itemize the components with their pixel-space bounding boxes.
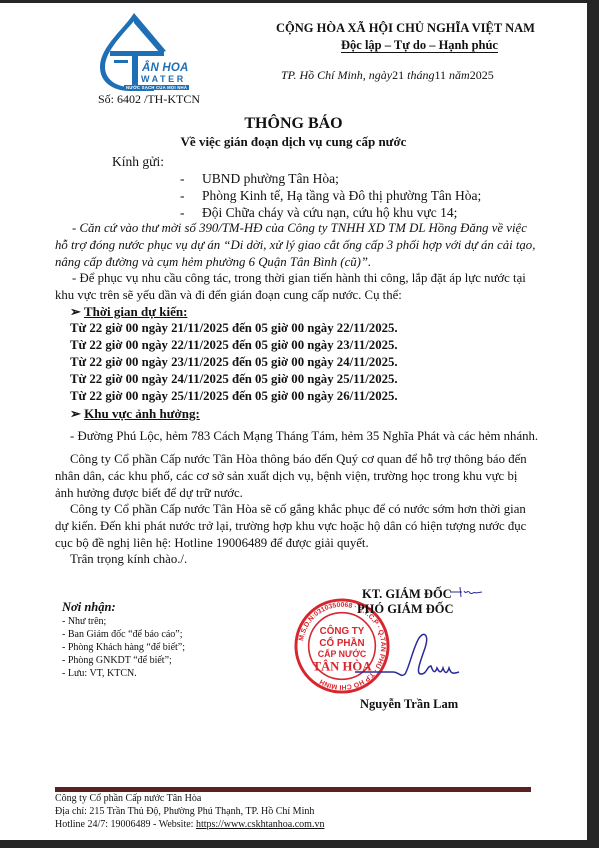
bullet: - bbox=[180, 188, 202, 204]
date-month: 11 bbox=[434, 68, 446, 82]
cc-item: - Như trên; bbox=[62, 616, 106, 627]
place-date: TP. Hồ Chí Minh, ngày21 tháng11 năm2025 bbox=[281, 68, 494, 83]
national-motto: Độc lập – Tự do – Hạnh phúc bbox=[341, 38, 498, 53]
date-day: 21 bbox=[392, 68, 404, 82]
bullet: - bbox=[180, 205, 202, 221]
footer-divider bbox=[55, 787, 531, 792]
signer-title-line1: KT. GIÁM ĐỐC bbox=[362, 587, 452, 602]
affected-heading-label: Khu vực ảnh hưởng: bbox=[84, 406, 200, 421]
year-label: năm bbox=[446, 68, 470, 82]
recipient-text: Đội Chữa cháy và cứu nạn, cứu hộ khu vực… bbox=[202, 205, 457, 220]
signer-title-line2: PHÓ GIÁM ĐỐC bbox=[357, 602, 454, 617]
affected-area: - Đường Phú Lộc, hẻm 783 Cách Mạng Tháng… bbox=[70, 429, 538, 444]
cc-item: - Lưu: VT, KTCN. bbox=[62, 668, 137, 679]
place-label: TP. Hồ Chí Minh, ngày bbox=[281, 68, 392, 82]
purpose-line: - Để phục vụ nhu cầu công tác, trong thờ… bbox=[72, 271, 526, 286]
nation-title: CỘNG HÒA XÃ HỘI CHỦ NGHĨA VIỆT NAM bbox=[276, 21, 535, 36]
commitment-line: cục bộ đề nghị liên hệ: Hotline 19006489… bbox=[55, 536, 369, 551]
schedule-item: Từ 22 giờ 00 ngày 22/11/2025 đến 05 giờ … bbox=[70, 338, 398, 353]
commitment-line: Công ty Cổ phần Cấp nước Tân Hòa sẽ cố g… bbox=[70, 502, 526, 517]
schedule-item: Từ 22 giờ 00 ngày 23/11/2025 đến 05 giờ … bbox=[70, 355, 398, 370]
logo-slogan: NƯỚC SẠCH CỦA MỌI NHÀ bbox=[124, 85, 189, 90]
schedule-heading-label: Thời gian dự kiến: bbox=[84, 304, 188, 319]
arrow-bullet-icon: ➢ bbox=[70, 304, 81, 319]
cc-item: - Phòng GNKDT “để biết”; bbox=[62, 655, 172, 666]
month-label: tháng bbox=[404, 68, 434, 82]
footer-hotline: Hotline 24/7: 19006489 - Website: bbox=[55, 819, 196, 830]
cc-item: - Ban Giám đốc “để báo cáo”; bbox=[62, 629, 183, 640]
footer-contact: Hotline 24/7: 19006489 - Website: https:… bbox=[55, 819, 324, 830]
website-link[interactable]: https://www.cskhtanhoa.com.vn bbox=[196, 819, 325, 830]
greeting: Kính gửi: bbox=[112, 154, 164, 170]
document-subtitle: Về việc gián đoạn dịch vụ cung cấp nước bbox=[0, 134, 587, 150]
recipient-item: -Phòng Kinh tế, Hạ tầng và Đô thị phường… bbox=[180, 188, 481, 204]
logo-brand-text: ÂN HOA bbox=[142, 62, 189, 74]
date-year: 2025 bbox=[470, 68, 494, 82]
affected-heading: ➢ Khu vực ảnh hưởng: bbox=[70, 406, 200, 422]
cc-title: Nơi nhận: bbox=[62, 600, 116, 615]
notice-line: Công ty Cổ phần Cấp nước Tân Hòa thông b… bbox=[70, 452, 527, 467]
schedule-heading: ➢ Thời gian dự kiến: bbox=[70, 304, 187, 320]
document-page: ÂN HOA WATER NƯỚC SẠCH CỦA MỌI NHÀ Số: 6… bbox=[0, 3, 587, 840]
arrow-bullet-icon: ➢ bbox=[70, 406, 81, 421]
handwritten-signature-icon bbox=[355, 628, 465, 683]
schedule-item: Từ 22 giờ 00 ngày 25/11/2025 đến 05 giờ … bbox=[70, 389, 398, 404]
signer-name: Nguyễn Trần Lam bbox=[360, 697, 458, 712]
footer-company: Công ty Cổ phần Cấp nước Tân Hòa bbox=[55, 793, 201, 804]
footer-address: Địa chỉ: 215 Trần Thủ Độ, Phường Phú Thạ… bbox=[55, 806, 314, 817]
schedule-item: Từ 22 giờ 00 ngày 21/11/2025 đến 05 giờ … bbox=[70, 321, 398, 336]
purpose-line: khu vực trên sẽ yếu dần và đi đến gián đ… bbox=[55, 288, 402, 303]
basis-line: nâng cấp đường và cụm hẻm phường 6 Quận … bbox=[55, 255, 371, 270]
commitment-line: dự kiến. Đến khi phát nước trở lại, trườ… bbox=[55, 519, 526, 534]
recipient-item: -UBND phường Tân Hòa; bbox=[180, 171, 339, 187]
recipient-item: -Đội Chữa cháy và cứu nạn, cứu hộ khu vự… bbox=[180, 205, 457, 221]
recipient-text: UBND phường Tân Hòa; bbox=[202, 171, 339, 186]
bullet: - bbox=[180, 171, 202, 187]
document-title: THÔNG BÁO bbox=[0, 115, 587, 133]
basis-line: - Căn cứ vào thư mời số 390/TM-HĐ của Cô… bbox=[72, 221, 527, 236]
logo-water-text: WATER bbox=[141, 74, 186, 84]
closing: Trân trọng kính chào./. bbox=[70, 552, 187, 567]
cc-item: - Phòng Khách hàng “để biết”; bbox=[62, 642, 185, 653]
notice-line: nhân dân, các khu phố, các cơ sở sản xuấ… bbox=[55, 469, 517, 484]
basis-line: hỗ trợ đóng nước phục vụ dự án “Di dời, … bbox=[55, 238, 535, 253]
schedule-item: Từ 22 giờ 00 ngày 24/11/2025 đến 05 giờ … bbox=[70, 372, 398, 387]
recipient-text: Phòng Kinh tế, Hạ tầng và Đô thị phường … bbox=[202, 188, 481, 203]
document-number: Số: 6402 /TH-KTCN bbox=[98, 92, 200, 107]
initial-signature-icon bbox=[450, 585, 490, 599]
notice-line: ảnh hưởng được biết để dự trữ nước. bbox=[55, 486, 243, 501]
